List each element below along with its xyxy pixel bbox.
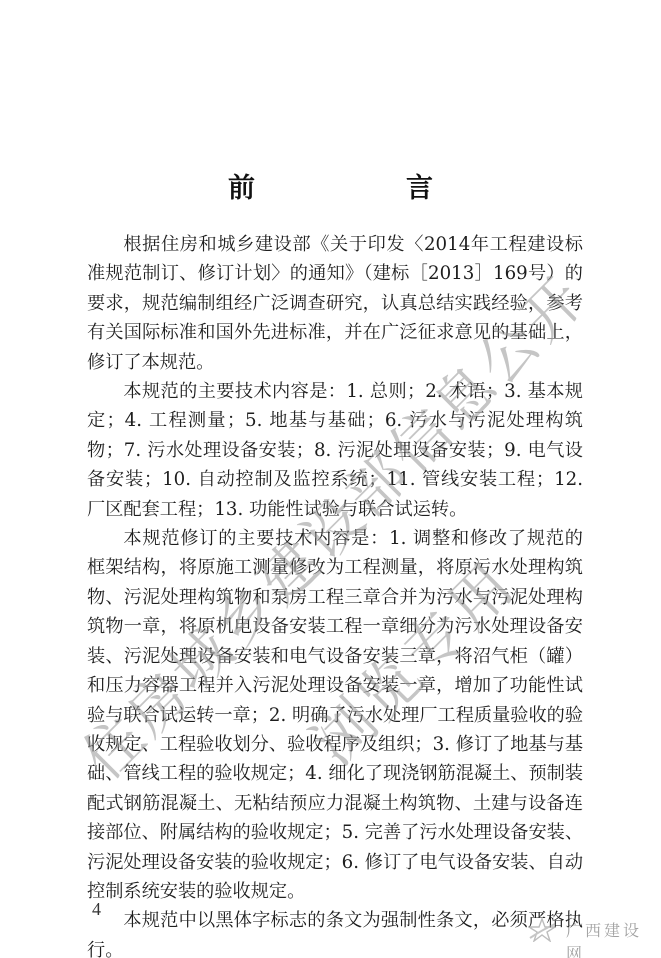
paragraph-2: 本规范的主要技术内容是：1. 总则；2. 术语；3. 基本规定；4. 工程测量；…: [87, 377, 583, 524]
star-swoosh-icon: [528, 918, 556, 942]
logo-name: 广西建设网: [566, 918, 658, 958]
paragraph-3: 本规范修订的主要技术内容是：1. 调整和修改了规范的框架结构，将原施工测量修改为…: [87, 524, 583, 906]
page-number: 4: [92, 899, 101, 920]
preface-body: 根据住房和城乡建设部《关于印发〈2014年工程建设标准规范制订、修订计划〉的通知…: [87, 230, 583, 958]
site-logo: 广西建设网: [528, 918, 658, 948]
page-title: 前 言: [0, 166, 661, 205]
paragraph-4: 本规范中以黑体字标志的条文为强制性条文，必须严格执行。: [87, 906, 583, 958]
document-page: 前 言 根据住房和城乡建设部《关于印发〈2014年工程建设标准规范制订、修订计划…: [0, 0, 661, 958]
paragraph-1: 根据住房和城乡建设部《关于印发〈2014年工程建设标准规范制订、修订计划〉的通知…: [87, 230, 583, 377]
